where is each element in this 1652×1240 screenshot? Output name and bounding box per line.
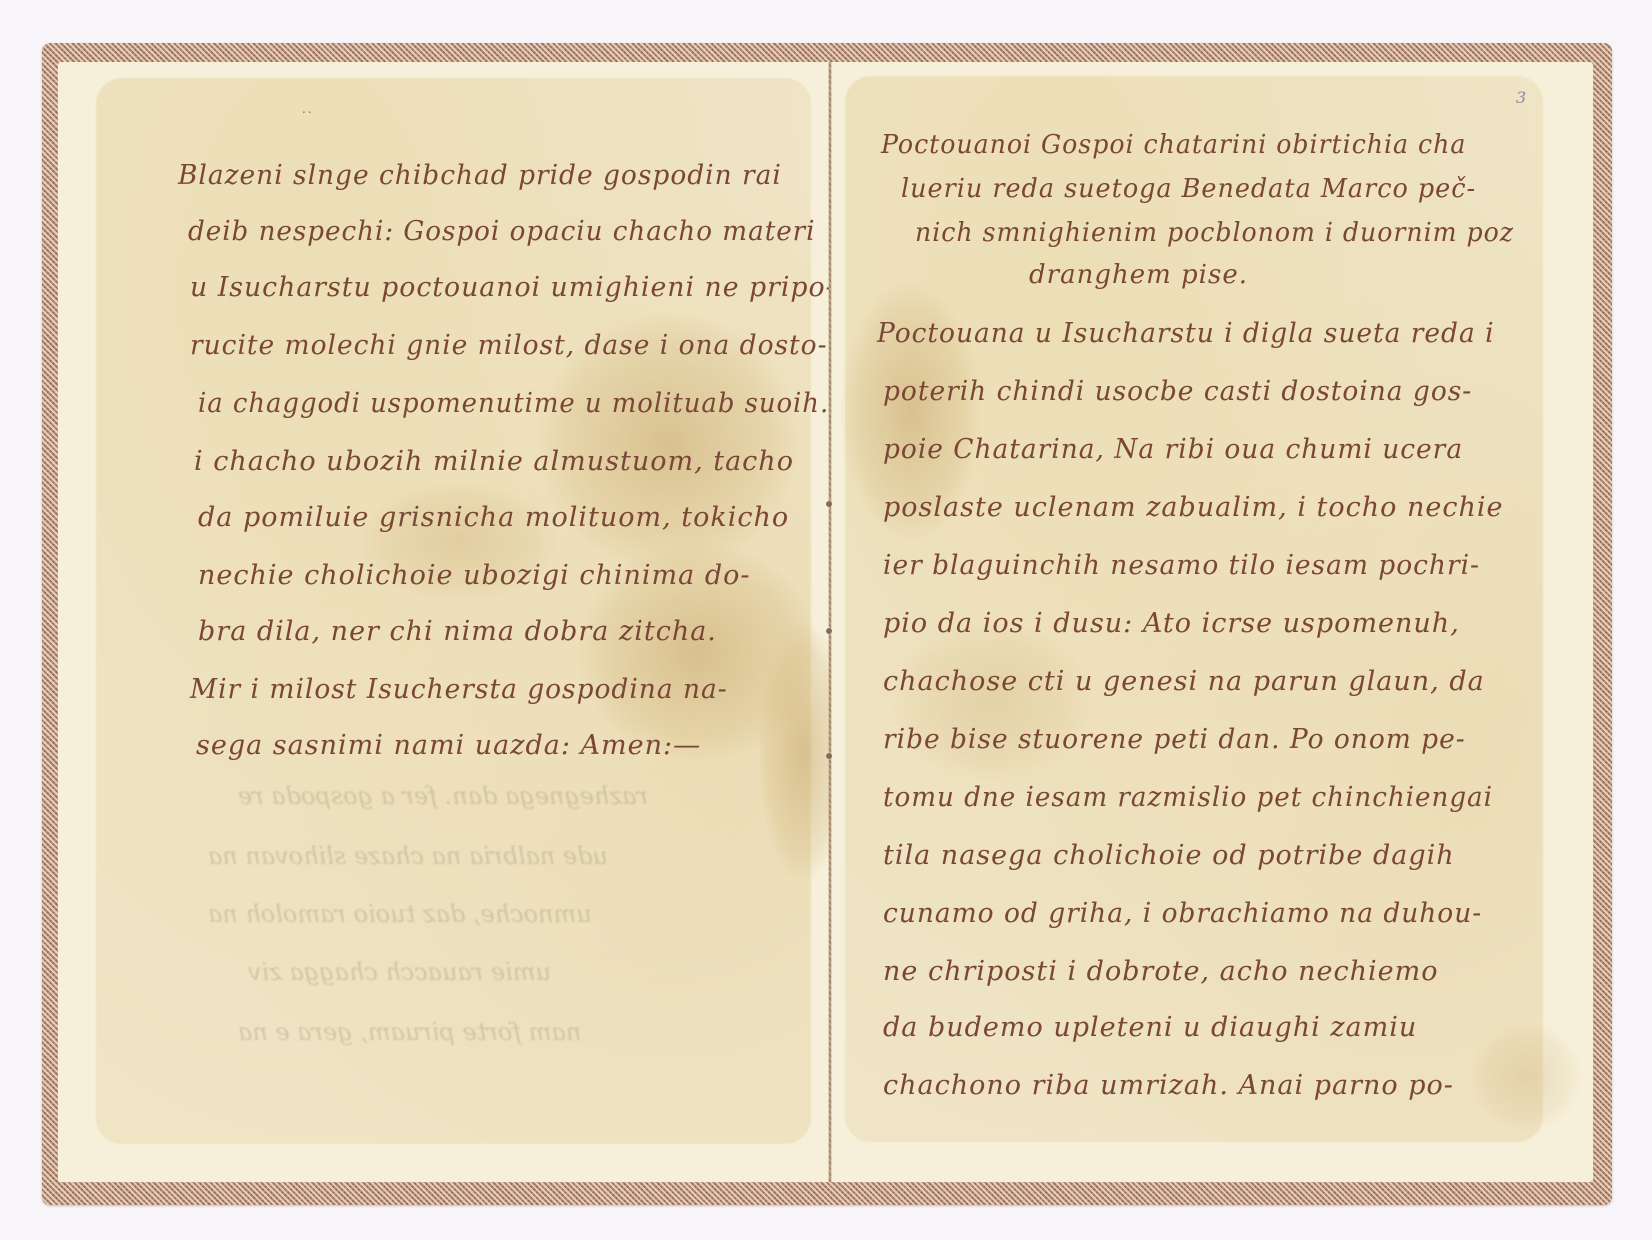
manuscript-line: u Isucharstu poctouanoi umighieni ne pri… bbox=[190, 272, 829, 303]
manuscript-line: pio da ios i dusu: Ato icrse uspomenuh, bbox=[883, 608, 1460, 639]
bleed-through-line: ude nalbria na chaze slihovan na bbox=[208, 842, 608, 870]
page-number: 3 bbox=[1516, 88, 1526, 107]
manuscript-line: poterih chindi usocbe casti dostoina gos… bbox=[883, 376, 1472, 407]
manuscript-line: i chacho ubozih milnie almustuom, tacho bbox=[194, 446, 794, 477]
manuscript-line: ribe bise stuorene peti dan. Po onom pe- bbox=[883, 724, 1466, 755]
manuscript-line: ne chriposti i dobrote, acho nechiemo bbox=[883, 956, 1438, 987]
manuscript-line: Poctouana u Isucharstu i digla sueta red… bbox=[877, 318, 1495, 349]
bleed-through-line: razhegnega dan. fer a gospoda re bbox=[238, 782, 648, 810]
bleed-through-line: umie rauacch chagga ziv bbox=[248, 958, 551, 986]
bleed-through-line: nam forte piruam, gera e na bbox=[238, 1018, 581, 1046]
manuscript-line: cunamo od griha, i obrachiamo na duhou- bbox=[883, 898, 1482, 929]
manuscript-line: Blazeni slnge chibchad pride gospodin ra… bbox=[178, 160, 782, 191]
water-stain bbox=[1471, 1022, 1581, 1132]
right-page: 3 Poctouanoi Gospoi chatarini obirtichia… bbox=[831, 62, 1593, 1182]
manuscript-line: chachono riba umrizah. Anai parno po- bbox=[883, 1070, 1454, 1101]
margin-marks: .. bbox=[302, 102, 314, 116]
water-stain bbox=[891, 622, 1091, 782]
manuscript-line: poslaste uclenam zabualim, i tocho nechi… bbox=[883, 492, 1504, 523]
manuscript-line: poie Chatarina, Na ribi oua chumi ucera bbox=[883, 434, 1463, 465]
manuscript-line: da budemo upleteni u diaughi zamiu bbox=[883, 1012, 1417, 1043]
manuscript-line: deib nespechi: Gospoi opaciu chacho mate… bbox=[188, 216, 815, 247]
heading-line: Poctouanoi Gospoi chatarini obirtichia c… bbox=[881, 130, 1466, 160]
binding-stitch-hole bbox=[826, 628, 832, 634]
manuscript-line: tila nasega cholichoie od potribe dagih bbox=[883, 840, 1455, 871]
binding-stitch-hole bbox=[826, 501, 832, 507]
left-page: .. Blazeni slnge chibchad pride gospodin… bbox=[58, 62, 829, 1182]
manuscript-line: ia chaggodi uspomenutime u molituab suoi… bbox=[198, 388, 829, 419]
manuscript-line: da pomiluie grisnicha molituom, tokicho bbox=[198, 502, 789, 533]
heading-line: lueriu reda suetoga Benedata Marco peč- bbox=[901, 174, 1476, 204]
manuscript-line: ier blaguinchih nesamo tilo iesam pochri… bbox=[883, 550, 1480, 581]
bleed-through-line: umnoche, daz tuoio ramoloh na bbox=[208, 900, 592, 928]
manuscript-photo: .. Blazeni slnge chibchad pride gospodin… bbox=[0, 0, 1652, 1240]
heading-line: dranghem pise. bbox=[1029, 260, 1248, 290]
heading-line: nich smnighienim pocblonom i duornim poz bbox=[915, 218, 1514, 248]
binding-stitch-hole bbox=[826, 753, 832, 759]
manuscript-line: sega sasnimi nami uazda: Amen:— bbox=[196, 730, 701, 761]
manuscript-line: Mir i milost Isuchersta gospodina na- bbox=[190, 674, 728, 705]
manuscript-line: tomu dne iesam razmislio pet chinchienga… bbox=[883, 782, 1493, 813]
manuscript-line: nechie cholichoie ubozigi chinima do- bbox=[198, 560, 750, 591]
manuscript-line: rucite molechi gnie milost, dase i ona d… bbox=[190, 330, 827, 361]
manuscript-line: bra dila, ner chi nima dobra zitcha. bbox=[198, 616, 717, 647]
book-gutter bbox=[828, 62, 832, 1182]
manuscript-line: chachose cti u genesi na parun glaun, da bbox=[883, 666, 1485, 697]
